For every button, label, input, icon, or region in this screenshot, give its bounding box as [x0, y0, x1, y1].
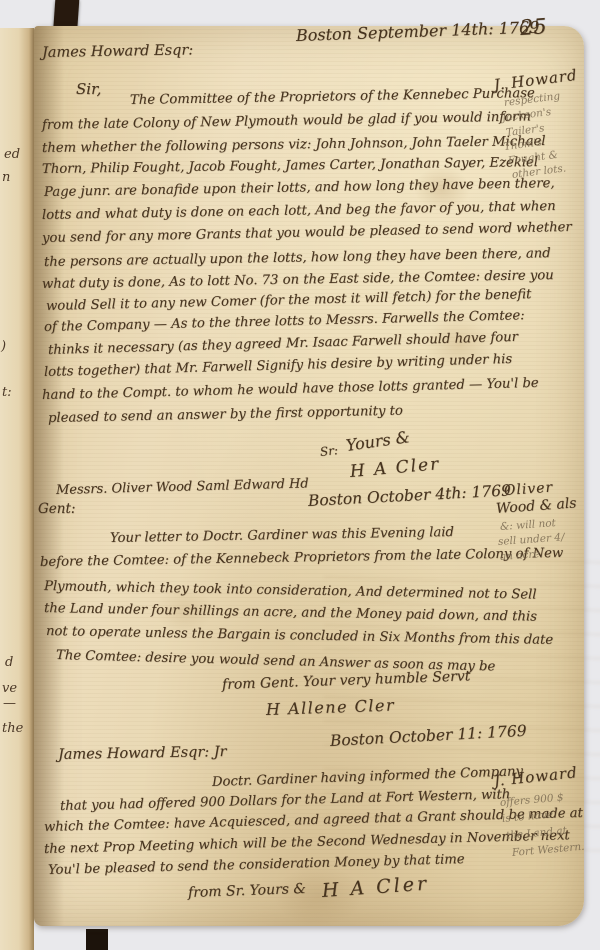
letter1-body-line: lotts together) that Mr. Farwell Signify… [44, 353, 513, 379]
letter1-margin-pencil: Thom's [503, 137, 542, 152]
edge-text-fragment: ve [2, 682, 17, 695]
letter1-body-line: from the late Colony of New Plymouth wou… [42, 110, 531, 132]
manuscript-page: 25 Boston September 14th: 1769 James How… [34, 26, 584, 926]
edge-text-fragment: t: [2, 386, 12, 399]
letter3-signature: H A Cler [321, 875, 429, 901]
letter2-signature: H Allene Cler [266, 697, 396, 717]
letter1-body-line: pleased to send an answer by the first o… [48, 405, 403, 426]
edge-text-fragment: — [3, 697, 16, 710]
letter1-body-line: of the Company — As to the three lotts t… [44, 309, 525, 334]
letter1-body-line: The Committee of the Proprietors of the … [130, 87, 535, 107]
binding-tab-bottom [86, 929, 108, 950]
letter1-body-line: you send for any more Grants that you wo… [42, 221, 572, 245]
letter1-body-line: hand to the Compt. to whom he would have… [42, 377, 539, 402]
letter3-closing: from Sr. Yours & [188, 882, 306, 900]
scanned-manuscript: { "page_number": "25", "fragments": ["ed… [0, 0, 600, 950]
letter2-body-line: Your letter to Doctr. Gardiner was this … [110, 526, 454, 545]
edge-text-fragment: d [5, 656, 13, 669]
letter1-body-line: Thorn, Philip Fought, Jacob Fought, Jame… [42, 156, 538, 176]
letter1-body-line: them whether the following persons viz: … [42, 135, 546, 155]
letter1-closing: Yours & [345, 429, 411, 454]
letter2-margin-pencil: &: will not [500, 518, 557, 532]
letter1-body-line: the persons are actually upon the lotts,… [44, 247, 551, 269]
edge-text-fragment: the [2, 722, 23, 735]
letter2-margin-ink: Oliver [504, 481, 554, 498]
facing-page-edge: ed n ) t: d ve — the [0, 28, 34, 950]
letter2-margin-ink: Wood & als [496, 496, 577, 516]
letter1-salutation: Sir, [76, 82, 101, 97]
letter1-margin-ink: J. Howard [493, 68, 578, 93]
edge-text-fragment: n [2, 171, 10, 184]
letter1-body-line: Page junr. are bonafide upon their lotts… [44, 177, 555, 199]
letter1-recipient: James Howard Esqr: [42, 43, 193, 60]
letter2-dateline: Boston October 4th: 1769 [308, 483, 512, 509]
letter2-recipient2: Gent: [38, 503, 75, 517]
edge-text-fragment: ) [1, 340, 6, 353]
letter1-closing: Sr: [319, 444, 338, 458]
letter1-body-line: lotts and what duty is done on each lott… [42, 200, 556, 222]
edge-text-fragment: ed [4, 148, 20, 161]
letter2-recipient: Messrs. Oliver Wood Saml Edward Hd [56, 477, 309, 497]
letter3-recipient: James Howard Esqr: Jr [58, 745, 227, 762]
letter1-signature: H A Cler [349, 456, 441, 481]
letter1-dateline: Boston September 14th: 1769 [296, 20, 540, 44]
